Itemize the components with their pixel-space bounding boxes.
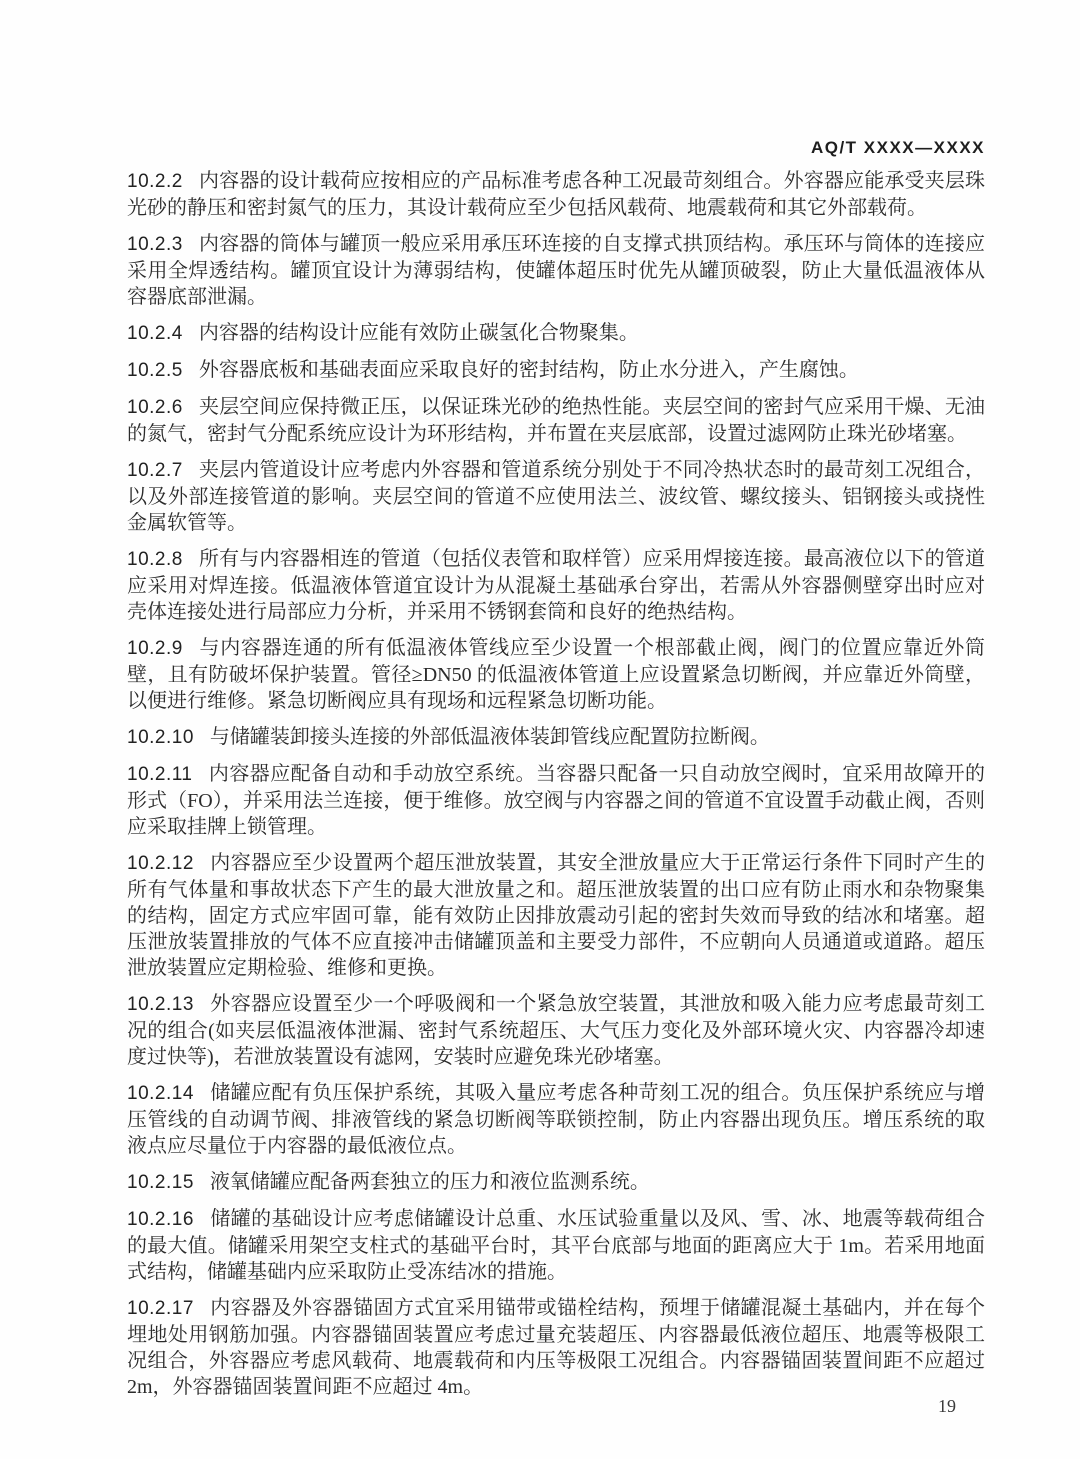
clause-text: 与储罐装卸接头连接的外部低温液体装卸管线应配置防拉断阀。 (210, 726, 770, 748)
clause-paragraph: 10.2.17内容器及外容器锚固方式宜采用锚带或锚栓结构，预埋于储罐混凝土基础内… (127, 1295, 985, 1400)
clause-paragraph: 10.2.15液氧储罐应配备两套独立的压力和液位监测系统。 (127, 1169, 985, 1196)
document-header: AQ/T XXXX—XXXX (811, 138, 985, 158)
clause-number: 10.2.2 (127, 171, 183, 192)
clause-paragraph: 10.2.11内容器应配备自动和手动放空系统。当容器只配备一只自动放空阀时，宜采… (127, 761, 985, 840)
clause-paragraph: 10.2.14储罐应配有负压保护系统，其吸入量应考虑各种苛刻工况的组合。负压保护… (127, 1080, 985, 1159)
clause-text: 夹层内管道设计应考虑内外容器和管道系统分别处于不同冷热状态时的最苛刻工况组合，以… (127, 459, 985, 534)
clause-number: 10.2.17 (127, 1298, 194, 1319)
clause-number: 10.2.12 (127, 853, 194, 874)
clause-paragraph: 10.2.4内容器的结构设计应能有效防止碳氢化合物聚集。 (127, 320, 985, 347)
clause-number: 10.2.14 (127, 1083, 194, 1104)
clause-text: 夹层空间应保持微正压，以保证珠光砂的绝热性能。夹层空间的密封气应采用干燥、无油的… (127, 396, 985, 445)
clause-text: 储罐应配有负压保护系统，其吸入量应考虑各种苛刻工况的组合。负压保护系统应与增压管… (127, 1082, 985, 1157)
clause-text: 所有与内容器相连的管道（包括仪表管和取样管）应采用焊接连接。最高液位以下的管道应… (127, 548, 985, 623)
clause-paragraph: 10.2.3内容器的筒体与罐顶一般应采用承压环连接的自支撑式拱顶结构。承压环与筒… (127, 231, 985, 310)
document-page: AQ/T XXXX—XXXX 10.2.2内容器的设计载荷应按相应的产品标准考虑… (0, 0, 1080, 1459)
clause-text: 内容器的结构设计应能有效防止碳氢化合物聚集。 (199, 322, 639, 344)
clause-text: 液氧储罐应配备两套独立的压力和液位监测系统。 (210, 1171, 650, 1193)
clause-number: 10.2.10 (127, 727, 194, 748)
clause-text: 内容器的设计载荷应按相应的产品标准考虑各种工况最苛刻组合。外容器应能承受夹层珠光… (127, 170, 985, 219)
clause-paragraph: 10.2.7夹层内管道设计应考虑内外容器和管道系统分别处于不同冷热状态时的最苛刻… (127, 457, 985, 536)
clause-paragraph: 10.2.5外容器底板和基础表面应采取良好的密封结构，防止水分进入，产生腐蚀。 (127, 357, 985, 384)
clause-paragraph: 10.2.16储罐的基础设计应考虑储罐设计总重、水压试验重量以及风、雪、冰、地震… (127, 1206, 985, 1285)
clause-text: 内容器应至少设置两个超压泄放装置，其安全泄放量应大于正常运行条件下同时产生的所有… (127, 852, 985, 979)
clause-number: 10.2.7 (127, 460, 183, 481)
clause-text: 内容器的筒体与罐顶一般应采用承压环连接的自支撑式拱顶结构。承压环与筒体的连接应采… (127, 233, 985, 308)
clause-number: 10.2.4 (127, 323, 183, 344)
clause-paragraph: 10.2.8所有与内容器相连的管道（包括仪表管和取样管）应采用焊接连接。最高液位… (127, 546, 985, 625)
clause-number: 10.2.8 (127, 549, 183, 570)
clause-paragraph: 10.2.6夹层空间应保持微正压，以保证珠光砂的绝热性能。夹层空间的密封气应采用… (127, 394, 985, 447)
clause-text: 内容器应配备自动和手动放空系统。当容器只配备一只自动放空阀时，宜采用故障开的形式… (127, 763, 985, 838)
clause-number: 10.2.15 (127, 1172, 194, 1193)
clause-text: 内容器及外容器锚固方式宜采用锚带或锚栓结构，预埋于储罐混凝土基础内，并在每个埋地… (127, 1297, 985, 1398)
clause-text: 与内容器连通的所有低温液体管线应至少设置一个根部截止阀，阀门的位置应靠近外筒壁，… (127, 637, 985, 712)
clause-number: 10.2.3 (127, 234, 183, 255)
clause-text: 外容器底板和基础表面应采取良好的密封结构，防止水分进入，产生腐蚀。 (199, 359, 859, 381)
page-footer: 19 (0, 1396, 1080, 1426)
clause-number: 10.2.6 (127, 397, 183, 418)
clause-paragraph: 10.2.2内容器的设计载荷应按相应的产品标准考虑各种工况最苛刻组合。外容器应能… (127, 168, 985, 221)
clause-number: 10.2.13 (127, 994, 194, 1015)
clause-number: 10.2.11 (127, 764, 192, 785)
clause-number: 10.2.16 (127, 1209, 194, 1230)
clause-text: 外容器应设置至少一个呼吸阀和一个紧急放空装置，其泄放和吸入能力应考虑最苛刻工况的… (127, 993, 985, 1068)
clause-text: 储罐的基础设计应考虑储罐设计总重、水压试验重量以及风、雪、冰、地震等载荷组合的最… (127, 1208, 985, 1283)
clause-paragraph: 10.2.9与内容器连通的所有低温液体管线应至少设置一个根部截止阀，阀门的位置应… (127, 635, 985, 714)
clause-paragraph: 10.2.10与储罐装卸接头连接的外部低温液体装卸管线应配置防拉断阀。 (127, 724, 985, 751)
page-number: 19 (938, 1396, 956, 1417)
clause-paragraph: 10.2.13外容器应设置至少一个呼吸阀和一个紧急放空装置，其泄放和吸入能力应考… (127, 991, 985, 1070)
clause-paragraph: 10.2.12内容器应至少设置两个超压泄放装置，其安全泄放量应大于正常运行条件下… (127, 850, 985, 981)
standard-number: AQ/T XXXX—XXXX (811, 138, 985, 157)
clause-number: 10.2.5 (127, 360, 183, 381)
clause-number: 10.2.9 (127, 638, 183, 659)
clauses-container: 10.2.2内容器的设计载荷应按相应的产品标准考虑各种工况最苛刻组合。外容器应能… (127, 168, 985, 1410)
